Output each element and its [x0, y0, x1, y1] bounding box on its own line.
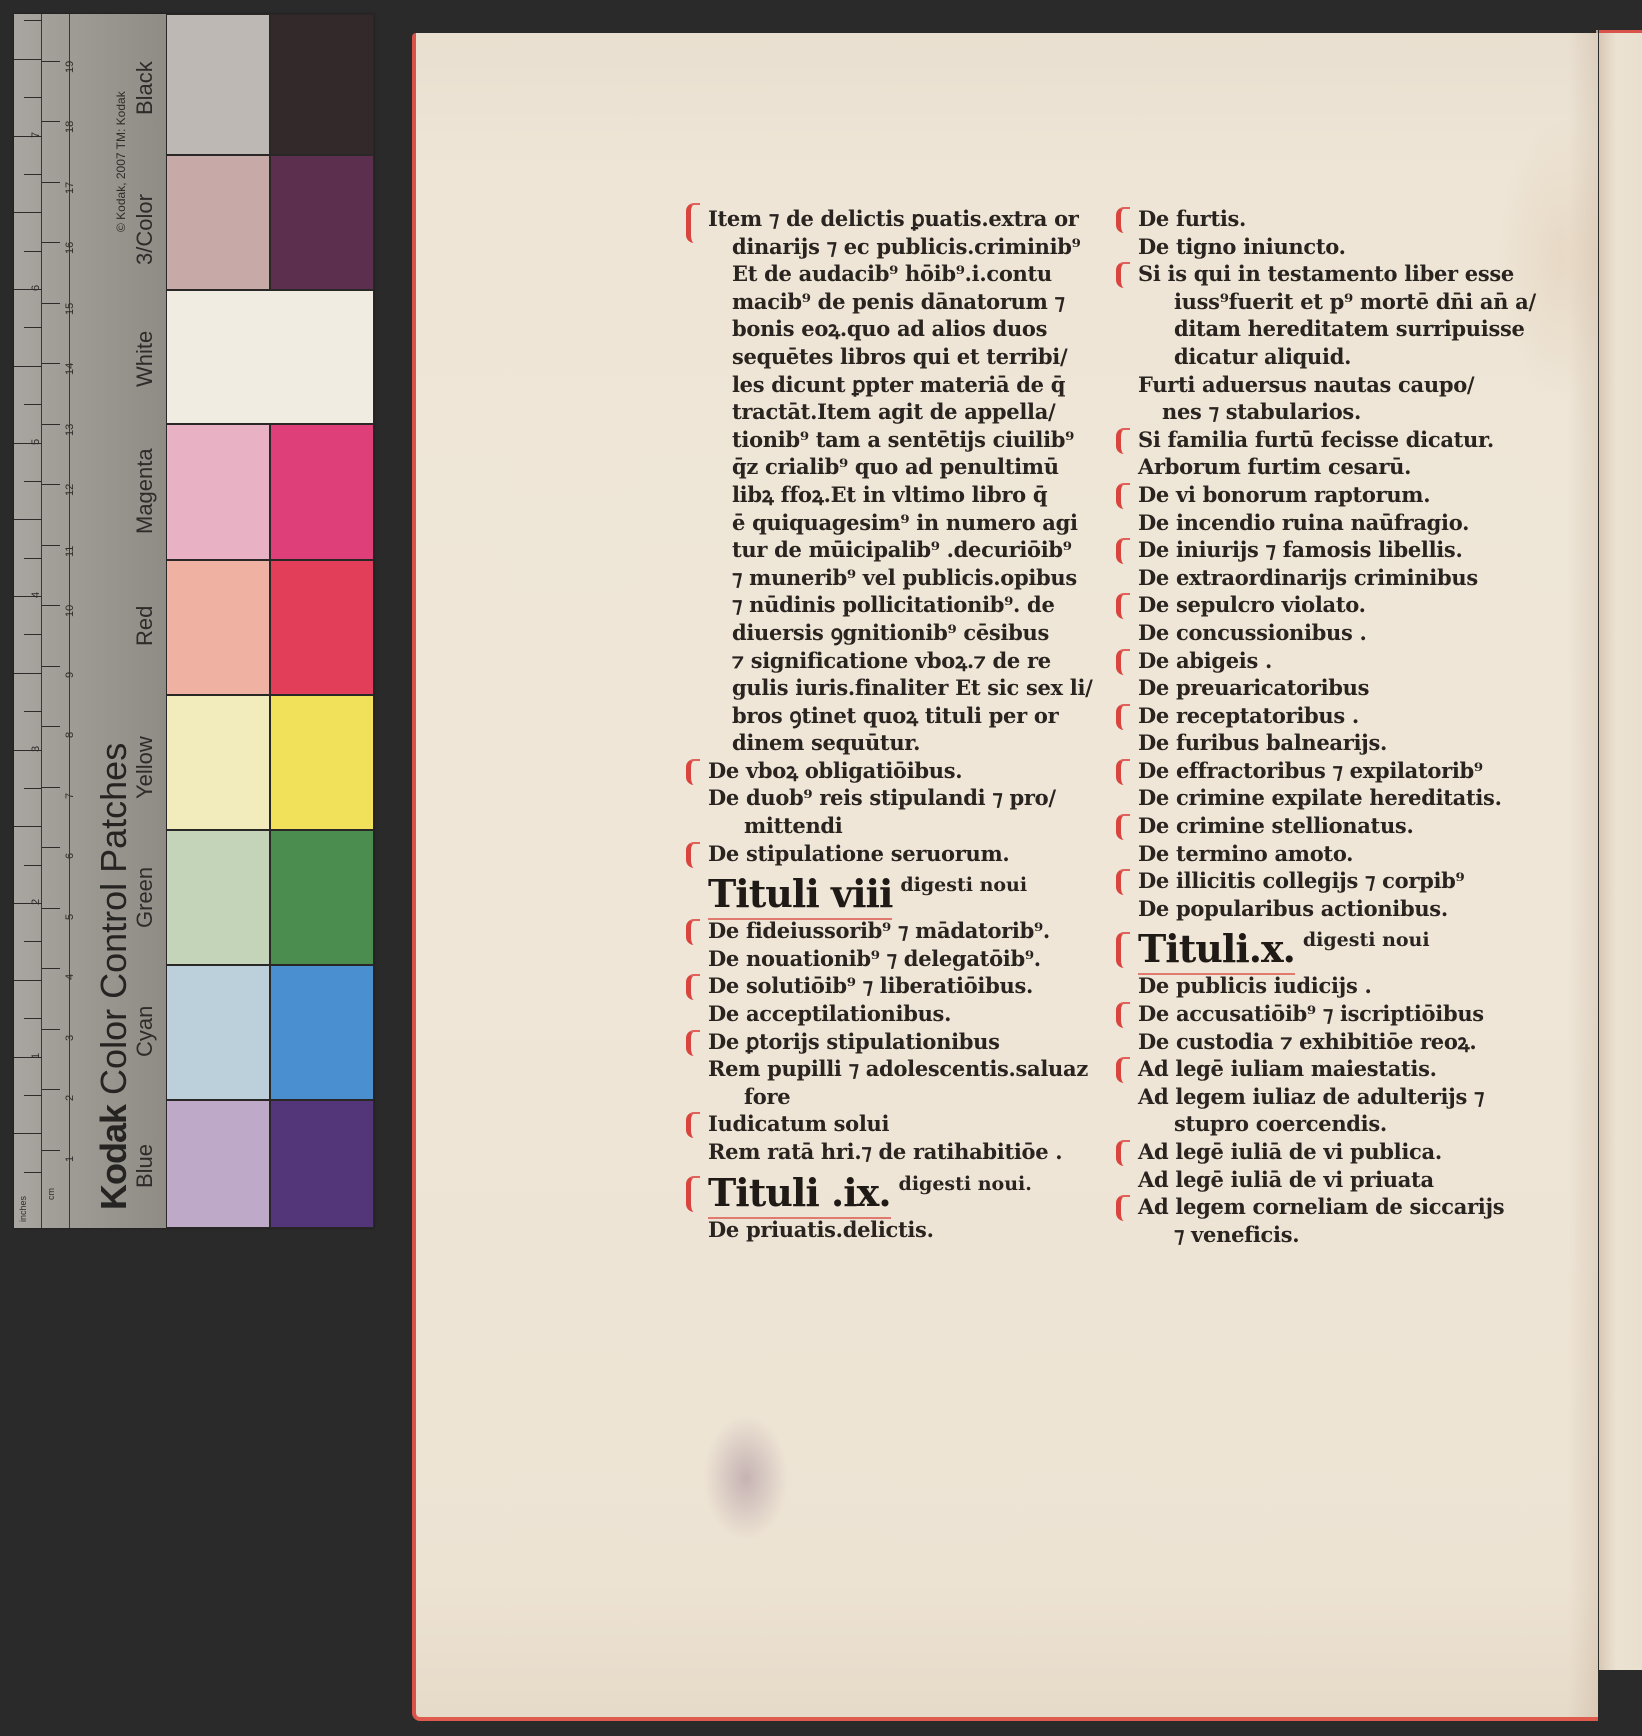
patch-label: Red [132, 605, 158, 645]
line-text: De crimine expilate hereditatis. [1138, 785, 1502, 810]
cm-tick [42, 605, 60, 606]
line-text: tionib⁹ tam a sentētijs ciuilib⁹ [732, 427, 1074, 452]
patch-cyan-light [166, 965, 270, 1100]
heading-title: Tituli.x. [1138, 926, 1295, 975]
text-line: De ꝑtorijs stipulationibus [708, 1028, 1068, 1056]
text-line: De popularibus actionibus. [1138, 895, 1498, 923]
line-text: Ad legē iuliā de vi priuata [1138, 1167, 1434, 1192]
line-text: De extraordinarijs criminibus [1138, 565, 1478, 590]
heading-subtitle: digesti noui. [899, 1173, 1032, 1195]
text-line: dicatur aliquid. [1138, 343, 1498, 371]
cm-tick [42, 363, 60, 364]
section-heading: Tituli viiidigesti noui [708, 871, 1068, 917]
rubric-mark-icon [1116, 1002, 1130, 1028]
right-text-column: De furtis.De tigno iniuncto.Si is qui in… [1138, 205, 1498, 1248]
inch-subtick [24, 711, 42, 712]
line-text: De fideiussorib⁹ ⁊ mādatorib⁹. [708, 918, 1050, 943]
line-text: De stipulatione seruorum. [708, 841, 1009, 866]
line-text: q̄z crialib⁹ quo ad penultimū [732, 454, 1059, 479]
rubric-mark-icon [1116, 593, 1130, 619]
inch-subtick [24, 941, 42, 942]
cm-tick [42, 847, 60, 848]
cm-tick [42, 1150, 60, 1151]
cm-tick [42, 968, 60, 969]
text-line: De extraordinarijs criminibus [1138, 564, 1498, 592]
text-line: De termino amoto. [1138, 840, 1498, 868]
line-text: Ad legem corneliam de siccarijs [1138, 1194, 1504, 1219]
line-text: De accusatiōib⁹ ⁊ iscriptiōibus [1138, 1001, 1484, 1026]
cm-tick-label: 4 [64, 974, 76, 980]
text-line: macib⁹ de penis dānatorum ⁊ [708, 288, 1068, 316]
line-text: De popularibus actionibus. [1138, 896, 1448, 921]
inch-tick-label: 6 [30, 285, 42, 291]
cm-tick [42, 545, 60, 546]
text-line: Si is qui in testamento liber esse [1138, 260, 1498, 288]
section-heading: Tituli .ix.digesti noui. [708, 1170, 1068, 1216]
line-text: fore [744, 1084, 790, 1109]
text-line: Et de audacib⁹ hōib⁹.i.contu [708, 260, 1068, 288]
facing-page-edge [1599, 30, 1642, 1670]
line-text: ⁊ significatione vboꝝ.⁊ de re [732, 648, 1051, 673]
inch-subtick [14, 826, 42, 827]
line-text: Furti aduersus nautas caupo/ [1138, 372, 1474, 397]
cm-tick-label: 14 [64, 363, 76, 375]
text-line: Ad legem corneliam de siccarijs [1138, 1193, 1498, 1221]
text-line: De incendio ruina naūfragio. [1138, 509, 1498, 537]
line-text: De concussionibus . [1138, 620, 1367, 645]
text-line: De iniurijs ⁊ famosis libellis. [1138, 536, 1498, 564]
inches-label: inches [18, 1196, 28, 1222]
text-line: q̄z crialib⁹ quo ad penultimū [708, 453, 1068, 481]
line-text: De priuatis.delictis. [708, 1217, 934, 1242]
text-line: De illicitis collegijs ⁊ corpib⁹ [1138, 867, 1498, 895]
inch-subtick [24, 634, 42, 635]
line-text: De furibus balnearijs. [1138, 730, 1387, 755]
cm-tick-label: 19 [64, 60, 76, 72]
text-line: Si familia furtū fecisse dicatur. [1138, 426, 1498, 454]
cm-tick-label: 8 [64, 732, 76, 738]
rubric-mark-icon [1116, 1195, 1130, 1221]
line-text: De abigeis . [1138, 648, 1272, 673]
inch-tick-label: 2 [30, 899, 42, 905]
text-line: mittendi [708, 812, 1068, 840]
line-text: libꝝ ffoꝝ.Et in vltimo libro q̄ [732, 482, 1047, 507]
cm-tick [42, 242, 60, 243]
line-text: sequētes libros qui et terribi/ [732, 344, 1067, 369]
text-line: ⁊ munerib⁹ vel publicis.opibus [708, 564, 1068, 592]
line-text: De furtis. [1138, 206, 1246, 231]
cm-tick [42, 787, 60, 788]
line-text: nes ⁊ stabularios. [1162, 399, 1361, 424]
patch-label: White [132, 331, 158, 387]
line-text: De custodia ⁊ exhibitiōe reoꝝ. [1138, 1029, 1476, 1054]
text-line: De acceptilationibus. [708, 1000, 1068, 1028]
text-line: dinem sequūtur. [708, 729, 1068, 757]
inch-scale [14, 14, 42, 1228]
text-line: De concussionibus . [1138, 619, 1498, 647]
line-text: macib⁹ de penis dānatorum ⁊ [732, 289, 1065, 314]
cm-scale [42, 14, 70, 1228]
text-line: De abigeis . [1138, 647, 1498, 675]
rubric-mark-icon [686, 1176, 700, 1212]
line-text: tur de mūicipalib⁹ .decuriōib⁹ [732, 537, 1072, 562]
cm-tick [42, 484, 60, 485]
text-line: ē quiquagesim⁹ in numero agi [708, 509, 1068, 537]
cm-tick-label: 9 [64, 671, 76, 677]
cm-tick-label: 7 [64, 792, 76, 798]
text-line: Ad legē iuliā de vi priuata [1138, 1166, 1498, 1194]
text-line: dinarijs ⁊ ec publicis.criminib⁹ [708, 233, 1068, 261]
patch-label: Magenta [132, 448, 158, 534]
cm-tick-label: 6 [64, 853, 76, 859]
heading-title: Tituli .ix. [708, 1170, 891, 1219]
inch-subtick [24, 558, 42, 559]
line-text: diuersis ꝯgnitionib⁹ cēsibus [732, 620, 1049, 645]
line-text: De vi bonorum raptorum. [1138, 482, 1430, 507]
line-text: bonis eoꝝ.quo ad alios duos [732, 316, 1047, 341]
line-text: Ad legem iuliaz de adulterijs ⁊ [1138, 1084, 1484, 1109]
rubric-mark-icon [1116, 932, 1130, 968]
text-line: les dicunt ꝑpter materiā de q̄ [708, 371, 1068, 399]
patch-red-light [166, 560, 270, 695]
text-line: De furtis. [1138, 205, 1498, 233]
patch-yellow-light [166, 695, 270, 830]
text-line: De tigno iniuncto. [1138, 233, 1498, 261]
cm-tick-label: 13 [64, 423, 76, 435]
inch-subtick [24, 788, 42, 789]
patch-blue-light [166, 1100, 270, 1228]
target-title: Color Control Patches [93, 743, 134, 1095]
text-line: gulis iuris.finaliter Et sic sex li/ [708, 674, 1068, 702]
cm-tick [42, 121, 60, 122]
line-text: ⁊ munerib⁹ vel publicis.opibus [732, 565, 1077, 590]
line-text: iuss⁹fuerit et p⁹ mortē dn̄i an̄ a/ [1174, 289, 1536, 314]
text-line: De custodia ⁊ exhibitiōe reoꝝ. [1138, 1028, 1498, 1056]
text-line: tur de mūicipalib⁹ .decuriōib⁹ [708, 536, 1068, 564]
text-line: sequētes libros qui et terribi/ [708, 343, 1068, 371]
line-text: Rem ratā hri.⁊ de ratihabitiōe . [708, 1139, 1062, 1164]
inch-subtick [24, 251, 42, 252]
text-line: bonis eoꝝ.quo ad alios duos [708, 315, 1068, 343]
patch-label: Blue [132, 1144, 158, 1188]
inch-tick-label: 7 [30, 131, 42, 137]
cm-tick-label: 17 [64, 181, 76, 193]
rubric-mark-icon [1116, 262, 1130, 288]
text-line: tionib⁹ tam a sentētijs ciuilib⁹ [708, 426, 1068, 454]
inch-subtick [14, 1133, 42, 1134]
patch-black-dark [270, 14, 374, 155]
line-text: De illicitis collegijs ⁊ corpib⁹ [1138, 868, 1464, 893]
line-text: mittendi [744, 813, 843, 838]
inch-subtick [14, 980, 42, 981]
text-line: iuss⁹fuerit et p⁹ mortē dn̄i an̄ a/ [1138, 288, 1498, 316]
rubric-mark-icon [1116, 869, 1130, 895]
inch-subtick [24, 1095, 42, 1096]
patch-3-color-dark [270, 155, 374, 290]
line-text: dicatur aliquid. [1174, 344, 1351, 369]
text-line: De fideiussorib⁹ ⁊ mādatorib⁹. [708, 917, 1068, 945]
line-text: De tigno iniuncto. [1138, 234, 1346, 259]
cm-tick-label: 1 [64, 1155, 76, 1161]
cm-tick-label: 2 [64, 1095, 76, 1101]
line-text: les dicunt ꝑpter materiā de q̄ [732, 372, 1065, 397]
rubric-mark-icon [686, 1112, 700, 1138]
patch-label: Green [132, 866, 158, 927]
rubric-mark-icon [686, 759, 700, 785]
cm-tick-label: 12 [64, 484, 76, 496]
patch-label: Black [132, 61, 158, 115]
line-text: Rem pupilli ⁊ adolescentis.saluaz [708, 1056, 1088, 1081]
text-line: De vboꝝ obligatiōibus. [708, 757, 1068, 785]
line-text: De duob⁹ reis stipulandi ⁊ pro/ [708, 785, 1056, 810]
text-line: De stipulatione seruorum. [708, 840, 1068, 868]
text-line: Arborum furtim cesarū. [1138, 453, 1498, 481]
line-text: De ꝑtorijs stipulationibus [708, 1029, 1000, 1054]
inch-subtick [24, 481, 42, 482]
text-line: Furti aduersus nautas caupo/ [1138, 371, 1498, 399]
patch-3-color-light [166, 155, 270, 290]
inch-tick-label: 5 [30, 438, 42, 444]
text-line: Iudicatum solui [708, 1110, 1068, 1138]
rubric-mark-icon [1116, 428, 1130, 454]
line-text: De termino amoto. [1138, 841, 1353, 866]
line-text: gulis iuris.finaliter Et sic sex li/ [732, 675, 1093, 700]
rubric-mark-icon [1116, 814, 1130, 840]
inch-subtick [24, 1172, 42, 1173]
inch-subtick [24, 20, 42, 21]
line-text: Ad legē iuliam maiestatis. [1138, 1056, 1437, 1081]
text-line: ⁊ veneficis. [1138, 1221, 1498, 1249]
patch-label: Cyan [132, 1005, 158, 1056]
text-line: Ad legē iuliā de vi publica. [1138, 1138, 1498, 1166]
cm-tick-label: 3 [64, 1034, 76, 1040]
rubric-mark-icon [1116, 207, 1130, 233]
text-line: De effractoribus ⁊ expilatorib⁹ [1138, 757, 1498, 785]
inch-subtick [24, 404, 42, 405]
cm-tick [42, 1029, 60, 1030]
copyright-text: © Kodak, 2007 TM: Kodak [114, 91, 128, 232]
line-text: De crimine stellionatus. [1138, 813, 1413, 838]
line-text: ditam hereditatem surripuisse [1174, 316, 1525, 341]
text-line: De crimine expilate hereditatis. [1138, 784, 1498, 812]
kodak-color-target: 1234567891011121314151617181912345678 in… [14, 14, 374, 1228]
line-text: De nouationib⁹ ⁊ delegatōib⁹. [708, 946, 1041, 971]
rubric-mark-icon [1116, 538, 1130, 564]
text-line: ⁊ significatione vboꝝ.⁊ de re [708, 647, 1068, 675]
text-line: De crimine stellionatus. [1138, 812, 1498, 840]
left-text-column: Item ⁊ de delictis ꝑuatis.extra ordinari… [708, 205, 1068, 1243]
cm-tick [42, 666, 60, 667]
patch-label: Yellow [132, 736, 158, 799]
cm-label: cm [46, 1188, 56, 1200]
heading-subtitle: digesti noui [900, 874, 1027, 896]
text-line: Rem ratā hri.⁊ de ratihabitiōe . [708, 1138, 1068, 1166]
cm-tick [42, 61, 60, 62]
rubric-mark-icon [686, 919, 700, 945]
patch-magenta-dark [270, 424, 374, 560]
line-text: De sepulcro violato. [1138, 592, 1366, 617]
text-line: De solutiōib⁹ ⁊ liberatiōibus. [708, 972, 1068, 1000]
text-line: De receptatoribus . [1138, 702, 1498, 730]
patch-green-dark [270, 830, 374, 965]
line-text: De iniurijs ⁊ famosis libellis. [1138, 537, 1462, 562]
text-line: Ad legem iuliaz de adulterijs ⁊ [1138, 1083, 1498, 1111]
text-line: Rem pupilli ⁊ adolescentis.saluaz [708, 1055, 1068, 1083]
rubric-mark-icon [686, 974, 700, 1000]
text-line: De duob⁹ reis stipulandi ⁊ pro/ [708, 784, 1068, 812]
text-line: De accusatiōib⁹ ⁊ iscriptiōibus [1138, 1000, 1498, 1028]
section-heading: Tituli.x.digesti noui [1138, 926, 1498, 972]
patch-label: 3/Color [132, 194, 158, 265]
patch-cyan-dark [270, 965, 374, 1100]
kodak-brand: Kodak [93, 1105, 134, 1210]
heading-title: Tituli viii [708, 871, 892, 920]
line-text: De incendio ruina naūfragio. [1138, 510, 1469, 535]
line-text: dinarijs ⁊ ec publicis.criminib⁹ [732, 234, 1081, 259]
kodak-title: Kodak Color Control Patches [96, 743, 132, 1210]
cm-tick-label: 11 [64, 545, 76, 556]
inch-subtick [14, 673, 42, 674]
text-line: De furibus balnearijs. [1138, 729, 1498, 757]
patch-magenta-light [166, 424, 270, 560]
cm-tick [42, 424, 60, 425]
line-text: Si is qui in testamento liber esse [1138, 261, 1514, 286]
text-line: De publicis iudicijs . [1138, 972, 1498, 1000]
cm-tick [42, 726, 60, 727]
rubric-mark-icon [1116, 759, 1130, 785]
text-line: De priuatis.delictis. [708, 1216, 1068, 1244]
inch-tick-label: 4 [30, 592, 42, 598]
line-text: De acceptilationibus. [708, 1001, 951, 1026]
inch-subtick [24, 327, 42, 328]
line-text: ē quiquagesim⁹ in numero agi [732, 510, 1078, 535]
inch-subtick [14, 366, 42, 367]
cm-tick-label: 10 [64, 605, 76, 617]
rubric-mark-icon [686, 1030, 700, 1056]
text-line: tractāt.Item agit de appella/ [708, 398, 1068, 426]
line-text: Et de audacib⁹ hōib⁹.i.contu [732, 261, 1052, 286]
line-text: bros ꝯtinet quoꝝ tituli per or [732, 703, 1058, 728]
cm-tick-label: 15 [64, 302, 76, 314]
text-line: Item ⁊ de delictis ꝑuatis.extra or [708, 205, 1068, 233]
cm-tick-label: 5 [64, 913, 76, 919]
line-text: De vboꝝ obligatiōibus. [708, 758, 962, 783]
text-line: De preuaricatoribus [1138, 674, 1498, 702]
patch-yellow-dark [270, 695, 374, 830]
line-text: Item ⁊ de delictis ꝑuatis.extra or [708, 206, 1079, 231]
heading-subtitle: digesti noui [1303, 929, 1430, 951]
text-line: nes ⁊ stabularios. [1138, 398, 1498, 426]
cm-tick [42, 908, 60, 909]
patch-white-full [166, 290, 374, 424]
text-line: bros ꝯtinet quoꝝ tituli per or [708, 702, 1068, 730]
rubric-mark-icon [1116, 649, 1130, 675]
rubric-mark-icon [1116, 1140, 1130, 1166]
line-text: stupro coercendis. [1174, 1111, 1387, 1136]
inch-tick-label: 3 [30, 745, 42, 751]
text-line: De nouationib⁹ ⁊ delegatōib⁹. [708, 945, 1068, 973]
patch-green-light [166, 830, 270, 965]
inch-subtick [14, 519, 42, 520]
text-line: diuersis ꝯgnitionib⁹ cēsibus [708, 619, 1068, 647]
line-text: Si familia furtū fecisse dicatur. [1138, 427, 1494, 452]
inch-subtick [24, 174, 42, 175]
line-text: De preuaricatoribus [1138, 675, 1369, 700]
text-line: fore [708, 1083, 1068, 1111]
rubric-mark-icon [1116, 483, 1130, 509]
text-line: libꝝ ffoꝝ.Et in vltimo libro q̄ [708, 481, 1068, 509]
line-text: Ad legē iuliā de vi publica. [1138, 1139, 1442, 1164]
rubric-mark-icon [686, 203, 700, 243]
line-text: De publicis iudicijs . [1138, 973, 1372, 998]
line-text: Iudicatum solui [708, 1111, 889, 1136]
inch-tick-label: 1 [30, 1052, 42, 1058]
text-line: Ad legē iuliam maiestatis. [1138, 1055, 1498, 1083]
cm-tick [42, 303, 60, 304]
patch-black-light [166, 14, 270, 155]
line-text: De effractoribus ⁊ expilatorib⁹ [1138, 758, 1483, 783]
inch-subtick [14, 59, 42, 60]
rubric-mark-icon [1116, 704, 1130, 730]
inch-subtick [24, 1018, 42, 1019]
inch-subtick [24, 97, 42, 98]
rubric-mark-icon [686, 842, 700, 868]
cm-tick [42, 182, 60, 183]
line-text: De solutiōib⁹ ⁊ liberatiōibus. [708, 973, 1033, 998]
patch-blue-dark [270, 1100, 374, 1228]
line-text: ⁊ nūdinis pollicitationib⁹. de [732, 592, 1055, 617]
text-line: stupro coercendis. [1138, 1110, 1498, 1138]
text-line: De sepulcro violato. [1138, 591, 1498, 619]
cm-tick-label: 18 [64, 121, 76, 133]
line-text: tractāt.Item agit de appella/ [732, 399, 1055, 424]
inch-subtick [24, 865, 42, 866]
line-text: Arborum furtim cesarū. [1138, 454, 1411, 479]
cm-tick [42, 1089, 60, 1090]
line-text: De receptatoribus . [1138, 703, 1359, 728]
line-text: ⁊ veneficis. [1174, 1222, 1299, 1247]
cm-tick-label: 16 [64, 242, 76, 254]
rubric-mark-icon [1116, 1057, 1130, 1083]
line-text: dinem sequūtur. [732, 730, 920, 755]
text-line: De vi bonorum raptorum. [1138, 481, 1498, 509]
text-line: ⁊ nūdinis pollicitationib⁹. de [708, 591, 1068, 619]
inch-subtick [14, 212, 42, 213]
text-line: ditam hereditatem surripuisse [1138, 315, 1498, 343]
patch-red-dark [270, 560, 374, 695]
